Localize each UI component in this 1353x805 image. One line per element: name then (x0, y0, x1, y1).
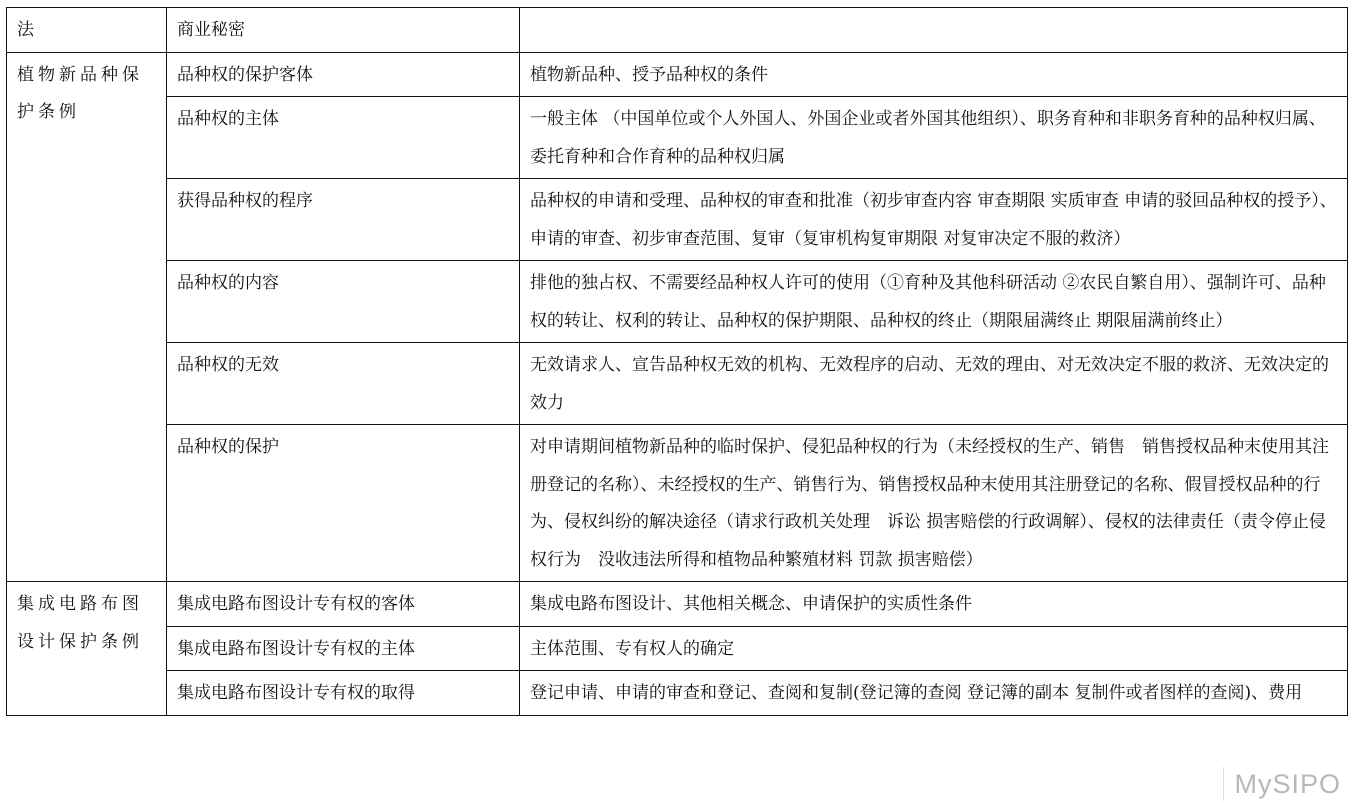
table-row: 品种权的内容 排他的独占权、不需要经品种权人许可的使用（①育种及其他科研活动 ②… (7, 261, 1348, 343)
content-cell: 一般主体 （中国单位或个人外国人、外国企业或者外国其他组织）、职务育种和非职务育… (520, 97, 1348, 179)
table-row: 品种权的保护 对申请期间植物新品种的临时保护、侵犯品种权的行为（未经授权的生产、… (7, 425, 1348, 582)
topic-cell: 品种权的保护客体 (167, 52, 520, 97)
header-topic: 商业秘密 (167, 8, 520, 53)
content-cell: 排他的独占权、不需要经品种权人许可的使用（①育种及其他科研活动 ②农民自繁自用）… (520, 261, 1348, 343)
table-row: 品种权的主体 一般主体 （中国单位或个人外国人、外国企业或者外国其他组织）、职务… (7, 97, 1348, 179)
content-cell: 主体范围、专有权人的确定 (520, 626, 1348, 671)
table-row: 品种权的无效 无效请求人、宣告品种权无效的机构、无效程序的启动、无效的理由、对无… (7, 343, 1348, 425)
topic-cell: 集成电路布图设计专有权的客体 (167, 582, 520, 627)
topic-cell: 集成电路布图设计专有权的取得 (167, 671, 520, 716)
law-name: 植物新品种保护条例 (7, 52, 167, 582)
header-content (520, 8, 1348, 53)
table-row: 获得品种权的程序 品种权的申请和受理、品种权的审查和批准（初步审查内容 审查期限… (7, 179, 1348, 261)
topic-cell: 获得品种权的程序 (167, 179, 520, 261)
topic-cell: 品种权的内容 (167, 261, 520, 343)
content-cell: 植物新品种、授予品种权的条件 (520, 52, 1348, 97)
content-cell: 无效请求人、宣告品种权无效的机构、无效程序的启动、无效的理由、对无效决定不服的救… (520, 343, 1348, 425)
law-topics-table: 法 商业秘密 植物新品种保护条例 品种权的保护客体 植物新品种、授予品种权的条件… (6, 7, 1348, 716)
content-cell: 对申请期间植物新品种的临时保护、侵犯品种权的行为（未经授权的生产、销售 销售授权… (520, 425, 1348, 582)
watermark-logo: MySIPO (1223, 767, 1343, 801)
header-law: 法 (7, 8, 167, 53)
topic-cell: 品种权的主体 (167, 97, 520, 179)
content-cell: 集成电路布图设计、其他相关概念、申请保护的实质性条件 (520, 582, 1348, 627)
content-cell: 登记申请、申请的审查和登记、查阅和复制(登记簿的查阅 登记簿的副本 复制件或者图… (520, 671, 1348, 716)
table-row: 集成电路布图设计保护条例 集成电路布图设计专有权的客体 集成电路布图设计、其他相… (7, 582, 1348, 627)
topic-cell: 集成电路布图设计专有权的主体 (167, 626, 520, 671)
table-row: 集成电路布图设计专有权的主体 主体范围、专有权人的确定 (7, 626, 1348, 671)
header-row: 法 商业秘密 (7, 8, 1348, 53)
topic-cell: 品种权的保护 (167, 425, 520, 582)
table-row: 集成电路布图设计专有权的取得 登记申请、申请的审查和登记、查阅和复制(登记簿的查… (7, 671, 1348, 716)
law-name: 集成电路布图设计保护条例 (7, 582, 167, 716)
content-cell: 品种权的申请和受理、品种权的审查和批准（初步审查内容 审查期限 实质审查 申请的… (520, 179, 1348, 261)
topic-cell: 品种权的无效 (167, 343, 520, 425)
table-row: 植物新品种保护条例 品种权的保护客体 植物新品种、授予品种权的条件 (7, 52, 1348, 97)
